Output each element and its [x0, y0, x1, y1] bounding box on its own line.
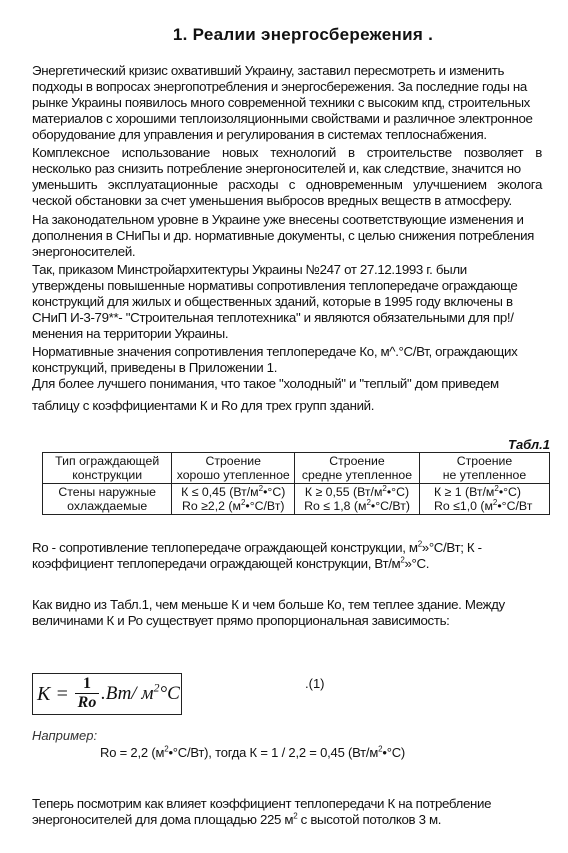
- formula-lhs: K =: [37, 683, 69, 706]
- formula-box: K = 1 Ro .Вт/ м2°C: [32, 673, 182, 715]
- header-cell-none: Строениене утепленное: [419, 453, 549, 484]
- formula-numerator: 1: [74, 675, 100, 693]
- cell-good: К ≤ 0,45 (Вт/м2•°С) Ro ≥2,2 (м2•°С/Вт): [172, 484, 295, 515]
- text-line: Как видно из Табл.1, чем меньше К и чем …: [32, 597, 552, 613]
- table-row: Стены наружныеохлаждаемые К ≤ 0,45 (Вт/м…: [43, 484, 550, 515]
- formula-fraction: 1 Ro: [74, 675, 100, 712]
- example-calculation: Ro = 2,2 (м2•°С/Вт), тогда К = 1 / 2,2 =…: [100, 745, 405, 760]
- text-line: величинами К и Ро существует прямо пропо…: [32, 613, 552, 629]
- header-cell-good: Строениехорошо утепленное: [172, 453, 295, 484]
- cell-none: К ≥ 1 (Вт/м2•°С) Ro ≤1,0 (м2•°С/Вт: [419, 484, 549, 515]
- paragraph-definitions: Ro - сопротивление теплопередаче огражда…: [32, 540, 552, 572]
- insulation-table: Тип ограждающейконструкции Строениехорош…: [42, 452, 550, 515]
- text-line: Теперь посмотрим как влияет коэффициент …: [32, 796, 552, 812]
- example-label: Например:: [32, 728, 97, 743]
- text-line: энергоносителей для дома площадью 225 м2…: [32, 812, 552, 828]
- formula-denominator: Ro: [74, 694, 100, 712]
- table-header-row: Тип ограждающейконструкции Строениехорош…: [43, 453, 550, 484]
- text-line: Ro - сопротивление теплопередаче огражда…: [32, 540, 552, 556]
- formula-units: .Вт/ м2°C: [101, 683, 180, 705]
- cell-type: Стены наружныеохлаждаемые: [43, 484, 172, 515]
- cell-medium: К ≥ 0,55 (Вт/м2•°С) Ro ≤ 1,8 (м2•°С/Вт): [295, 484, 420, 515]
- header-cell-type: Тип ограждающейконструкции: [43, 453, 172, 484]
- equation-number: .(1): [305, 676, 325, 691]
- text-line: коэффициент теплопередачи ограждающей ко…: [32, 556, 552, 572]
- header-cell-medium: Строениесредне утепленное: [295, 453, 420, 484]
- paragraph-conclusion: Как видно из Табл.1, чем меньше К и чем …: [32, 597, 552, 629]
- paragraph-closing: Теперь посмотрим как влияет коэффициент …: [32, 796, 552, 828]
- table-clip: Тип ограждающейконструкции Строениехорош…: [0, 0, 550, 853]
